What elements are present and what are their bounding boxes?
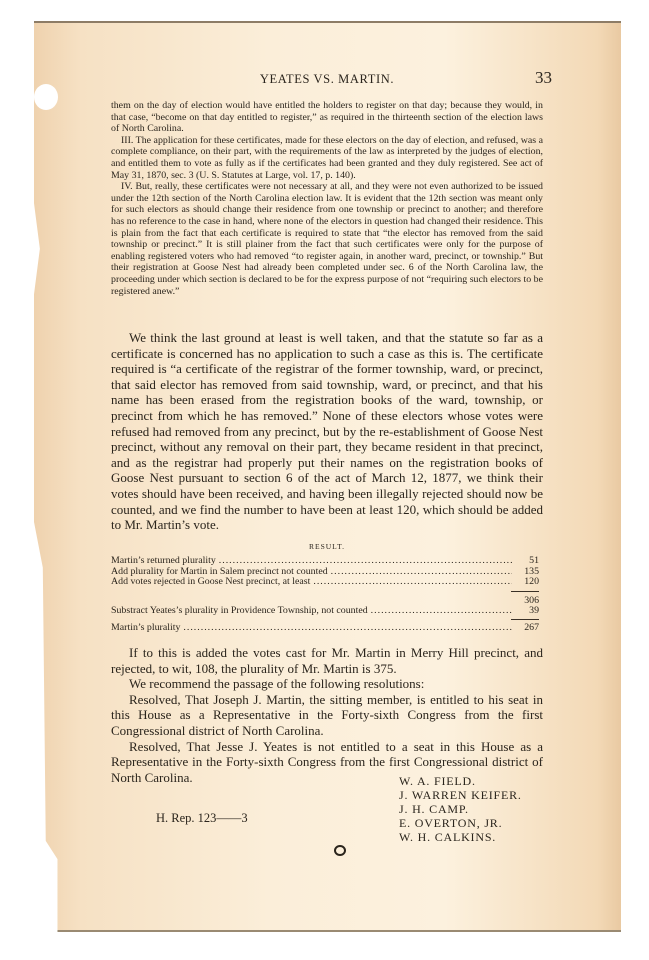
signer: J. H. CAMP. bbox=[399, 802, 522, 816]
signer: W. A. FIELD. bbox=[399, 774, 522, 788]
argument-section: them on the day of election would have e… bbox=[111, 100, 543, 297]
resolution: Resolved, That Joseph J. Martin, the sit… bbox=[111, 692, 543, 739]
signer: W. H. CALKINS. bbox=[399, 830, 522, 844]
argument-paragraph: IV. But, really, these certificates were… bbox=[111, 181, 543, 297]
report-reference: H. Rep. 123——3 bbox=[156, 811, 248, 826]
result-row: Martin’s returned plurality ............… bbox=[111, 556, 539, 567]
page-number: 33 bbox=[535, 68, 552, 88]
sum-rule bbox=[511, 619, 539, 620]
signer: E. OVERTON, JR. bbox=[399, 816, 522, 830]
closing-paragraph: We recommend the passage of the followin… bbox=[111, 676, 543, 692]
closing-paragraph: If to this is added the votes cast for M… bbox=[111, 645, 543, 676]
result-total-row: Martin’s plurality .....................… bbox=[111, 623, 539, 634]
signer: J. WARREN KEIFER. bbox=[399, 788, 522, 802]
sum-rule bbox=[511, 591, 539, 592]
ornament-circle-icon bbox=[334, 845, 346, 856]
result-row: Substract Yeates’s plurality in Providen… bbox=[111, 606, 539, 617]
subtotal-value: 306 bbox=[111, 595, 539, 606]
running-head: YEATES VS. MARTIN. bbox=[111, 72, 543, 87]
result-table: Martin’s returned plurality ............… bbox=[111, 556, 539, 634]
result-heading: RESULT. bbox=[111, 542, 543, 551]
opinion-paragraph: We think the last ground at least is wel… bbox=[111, 330, 543, 533]
paper-tear bbox=[34, 84, 58, 110]
signatories: W. A. FIELD. J. WARREN KEIFER. J. H. CAM… bbox=[399, 774, 522, 844]
closing-section: If to this is added the votes cast for M… bbox=[111, 645, 543, 785]
result-row: Add votes rejected in Goose Nest precinc… bbox=[111, 577, 539, 588]
argument-paragraph: III. The application for these certifica… bbox=[111, 135, 543, 181]
argument-paragraph: them on the day of election would have e… bbox=[111, 100, 543, 135]
committee-opinion: We think the last ground at least is wel… bbox=[111, 330, 543, 533]
